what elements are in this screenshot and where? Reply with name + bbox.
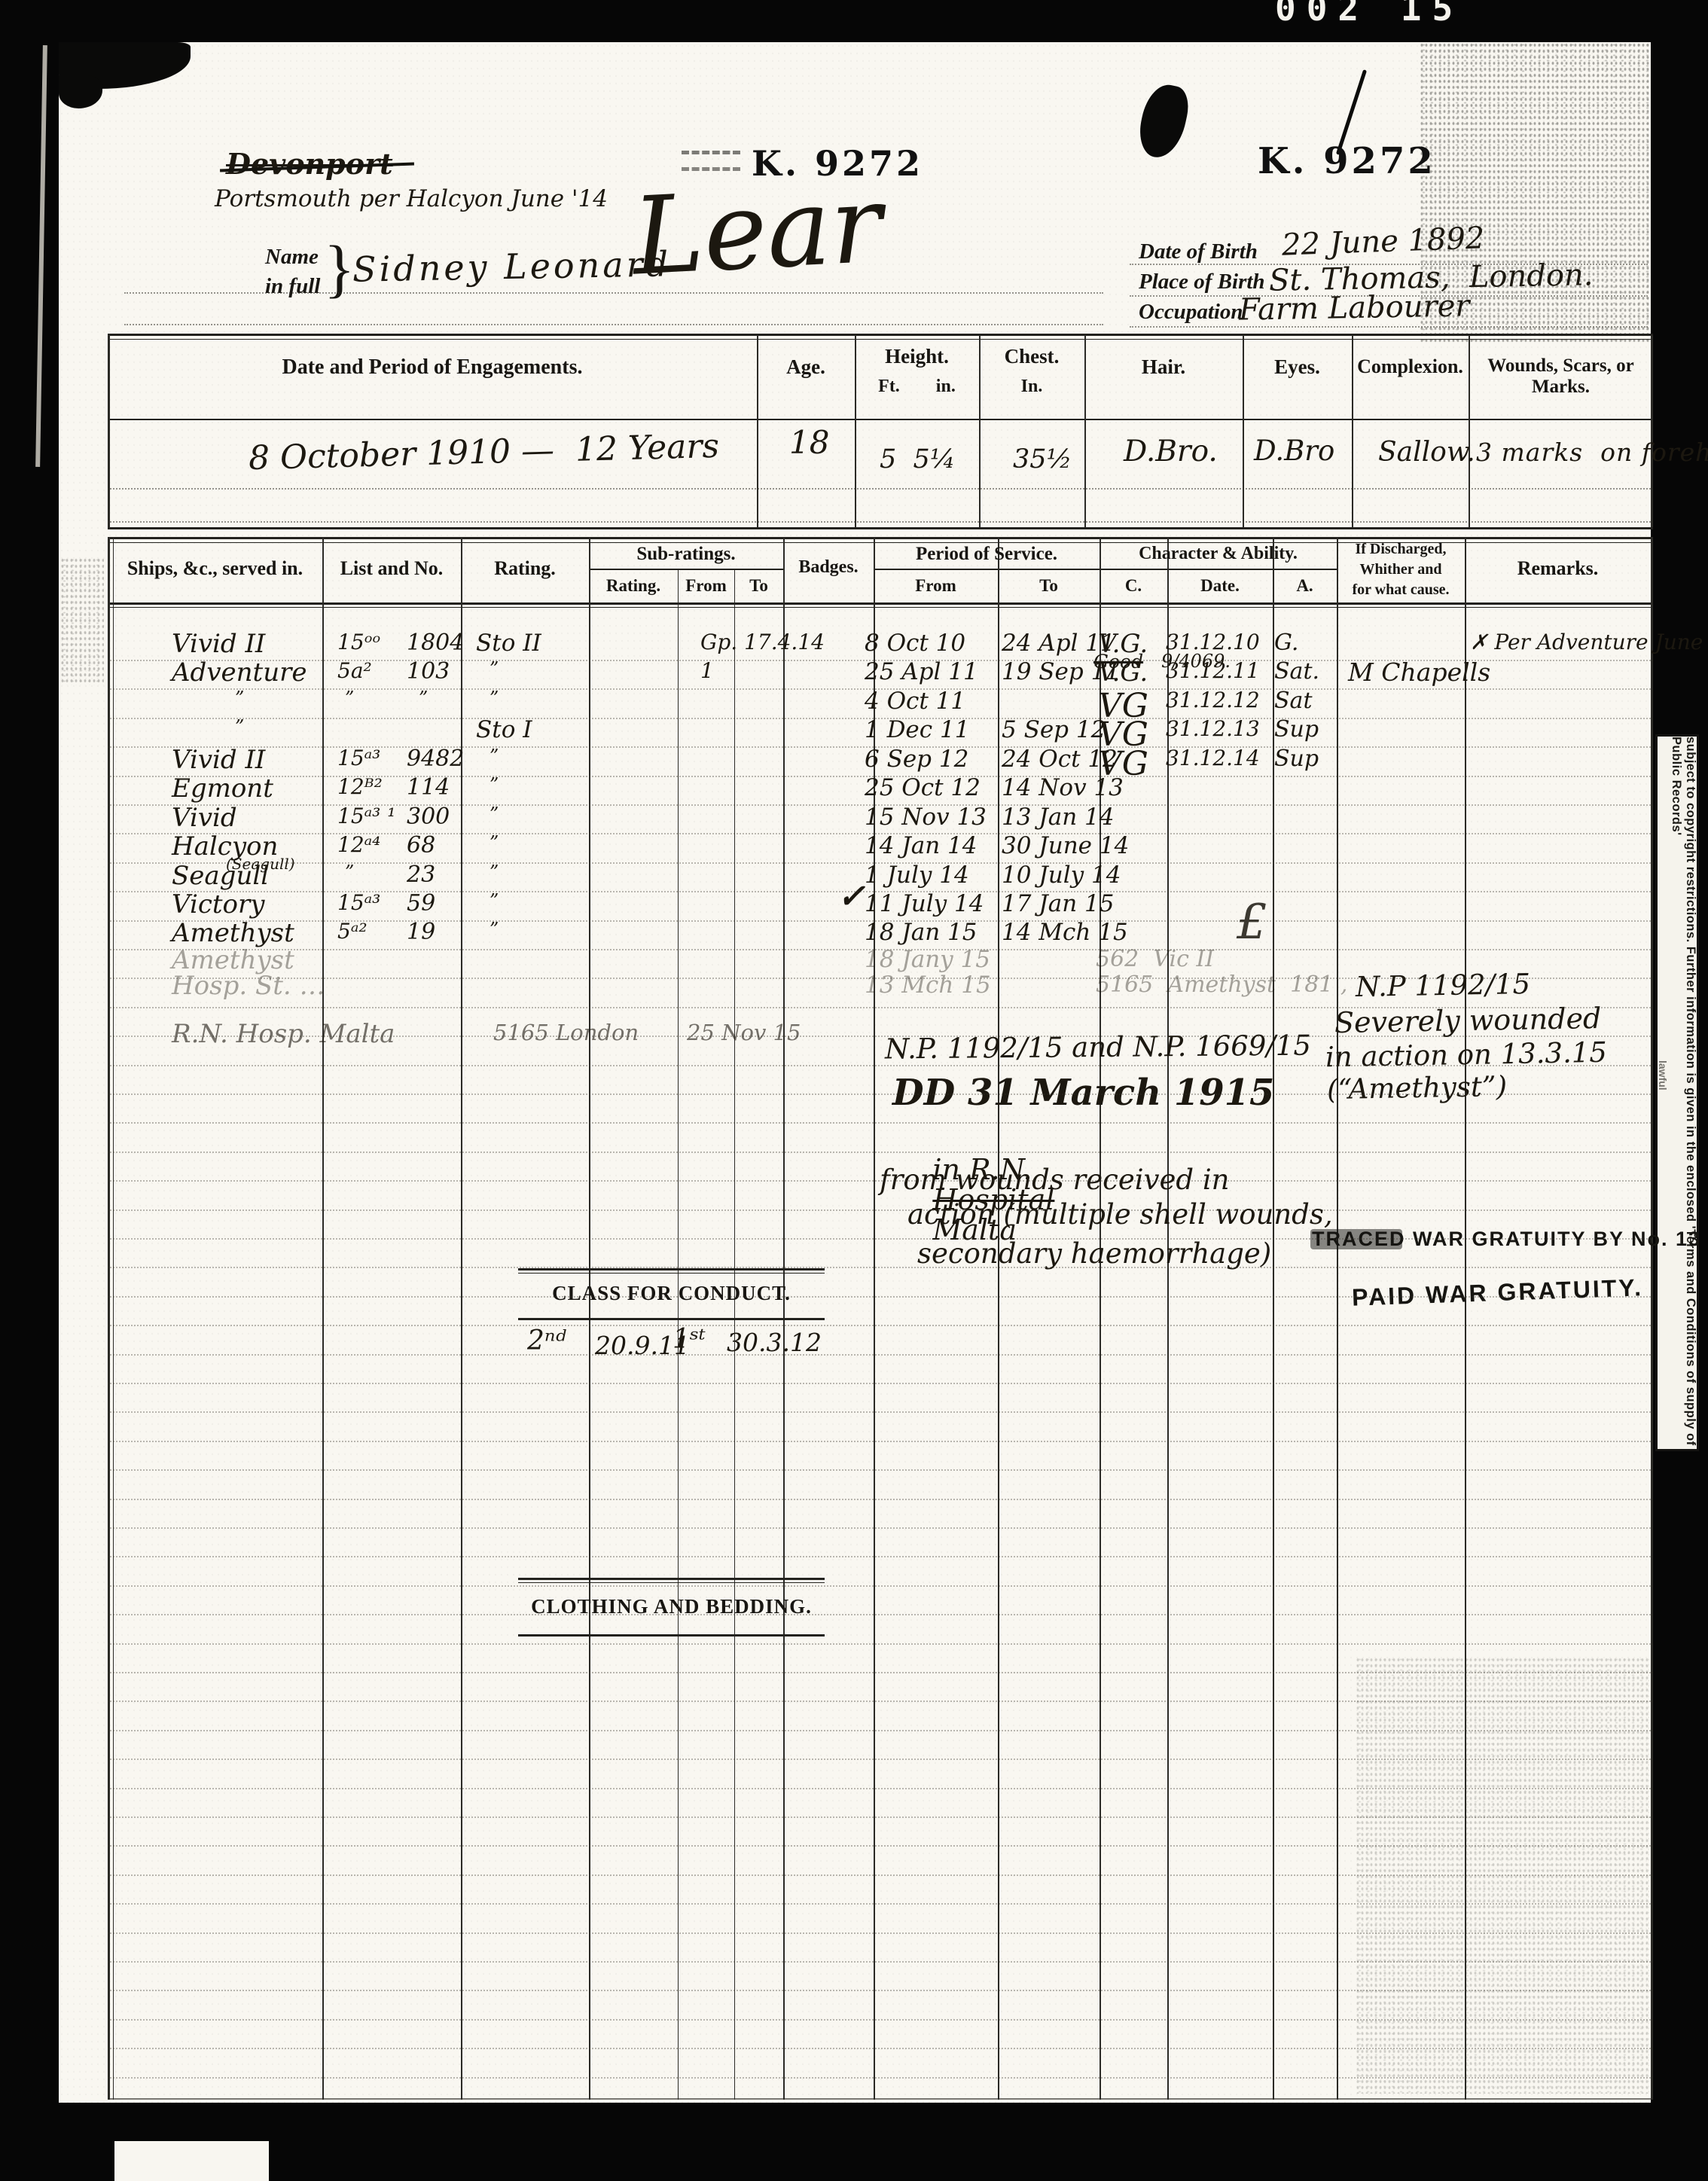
t1-dotrow-1 (108, 488, 1653, 490)
pob-rule (1130, 295, 1648, 297)
ledger-dotted-line (108, 2077, 1653, 2079)
clothing-box-top (518, 1578, 825, 1580)
col-rating: Rating. (461, 557, 589, 580)
conduct-box-top (518, 1268, 825, 1270)
service-to: 17 Jan 15 (1002, 892, 1114, 917)
ledger-dotted-line (108, 2019, 1653, 2021)
service-from: 11 July 14 (865, 892, 984, 917)
dob-value: 22 June 1892 (1281, 222, 1485, 261)
col-ships: Ships, &c., served in. (108, 557, 322, 580)
col-badges: Badges. (783, 557, 874, 578)
service-ship: ” (235, 718, 246, 737)
service-date: 31.12.11 (1166, 660, 1260, 682)
service-to: 10 July 14 (1002, 863, 1121, 888)
ledger-dotted-line (108, 1094, 1653, 1095)
service-no: 300 (407, 805, 450, 829)
t2-left2 (113, 537, 114, 2100)
t1-top (108, 334, 1653, 336)
ledger-dotted-line (108, 1643, 1653, 1645)
service-no: 114 (407, 776, 450, 800)
service-a: G. (1274, 631, 1298, 655)
col-a: A. (1273, 576, 1337, 596)
clothing-box-top2 (518, 1582, 825, 1583)
character-underline (1100, 569, 1337, 570)
service-rating: ” (490, 776, 500, 795)
ledger-dotted-line (108, 718, 1653, 719)
service-list: ” (345, 689, 355, 708)
ledger-dotted-line (108, 688, 1653, 690)
col-discharged: If Discharged, Whither and for what caus… (1337, 539, 1465, 600)
col-eyes: Eyes. (1243, 355, 1352, 379)
service-a: Sat (1274, 689, 1313, 713)
service-list: 12ᴮ² (337, 776, 383, 798)
t1-bottom (108, 527, 1653, 529)
service-from: 25 Apl 11 (865, 660, 978, 685)
ledger-dotted-line (108, 746, 1653, 748)
col-sub-from: From (678, 576, 734, 596)
subratings-underline (589, 569, 783, 570)
col-subratings: Sub-ratings. (589, 544, 783, 565)
ledger-dotted-line (108, 1296, 1653, 1298)
copyright-strip-text: subject to copyright restrictions. Furth… (1669, 737, 1697, 1449)
dob-label: Date of Birth (1139, 239, 1258, 264)
copyright-strip: lawful subject to copyright restrictions… (1655, 734, 1699, 1451)
ledger-dotted-line (108, 1556, 1653, 1557)
service-ship: Victory (172, 892, 264, 919)
col-character: Character & Ability. (1100, 544, 1337, 564)
ledger-dotted-line (108, 1441, 1653, 1442)
service-ship: Vivid (172, 805, 237, 832)
period-underline (874, 569, 1100, 570)
service-no: 23 (407, 863, 435, 887)
service-rating: ” (490, 747, 500, 766)
name-label-line2: in full (265, 272, 320, 301)
ledger-dotted-line (108, 1354, 1653, 1356)
ledger-dotted-line (108, 1122, 1653, 1124)
service-from: 1 July 14 (865, 863, 969, 888)
ledger-dotted-line (108, 1152, 1653, 1153)
service-rating: ” (490, 892, 500, 911)
service-from: 15 Nov 13 (865, 805, 987, 830)
service-discharged: M Chapells (1348, 660, 1490, 686)
remarks-wounded-2: in action on 13.3.15 (1325, 1039, 1607, 1072)
service-no: 59 (407, 892, 435, 916)
col-date: Date. (1167, 576, 1273, 596)
t2-v-remarks (1465, 537, 1466, 2100)
t2-v-periodto (998, 537, 999, 2100)
service-rating: ” (490, 689, 500, 708)
service-to: 30 June 14 (1002, 834, 1129, 859)
service-a: Sup (1274, 747, 1319, 771)
conduct-class-2: 1ˢᵗ (673, 1325, 706, 1354)
conduct-class-1: 2ⁿᵈ (527, 1327, 566, 1356)
service-a: Sup (1274, 718, 1319, 742)
service-date: 31.12.12 (1166, 689, 1260, 711)
forenames-value: Sidney Leonard (352, 246, 672, 288)
col-age: Age. (757, 355, 855, 379)
t2-v-date (1167, 537, 1169, 2100)
remarks-wounded-1: Severely wounded (1334, 1004, 1602, 1039)
service-from: 18 Jany 15 (865, 947, 990, 972)
service-from: 14 Jan 14 (865, 834, 977, 859)
service-list: 5ᵃ² (337, 920, 368, 942)
ledger-dotted-line (108, 1180, 1653, 1182)
age-value: 18 (789, 426, 829, 459)
col-chest-sub: In. (979, 377, 1084, 397)
ledger-dotted-line (108, 1411, 1653, 1413)
col-c: C. (1100, 576, 1167, 596)
remarks-np: N.P 1192/15 (1356, 970, 1531, 1002)
ledger-dotted-line (108, 1585, 1653, 1587)
service-list: 15ᵃ³ (337, 747, 380, 769)
ledger-dotted-line (108, 1701, 1653, 1702)
col-sub-to: To (734, 576, 783, 596)
service-from: 13 Mch 15 (865, 973, 991, 998)
ledger-dotted-line (108, 1730, 1653, 1731)
col-sub-rating: Rating. (589, 576, 678, 596)
ledger-dotted-line (108, 1007, 1653, 1008)
chest-value: 35½ (1013, 446, 1072, 474)
service-ship: Vivid II (172, 747, 265, 774)
hair-value: D.Bro. (1124, 437, 1218, 468)
col-height-sub: Ft. in. (855, 377, 979, 397)
ledger-dotted-line (108, 1874, 1653, 1876)
col-hair: Hair. (1084, 355, 1243, 379)
service-remarks: ✗ Per Adventure June 12. (1470, 631, 1708, 653)
pob-label: Place of Birth (1139, 270, 1265, 294)
col-period-from: From (874, 576, 998, 596)
ledger-dotted-line (108, 1903, 1653, 1905)
service-rating: Sto I (476, 718, 532, 743)
t2-v-ships (322, 537, 324, 2100)
conduct-title: CLASS FOR CONDUCT. (518, 1282, 825, 1305)
occupation-label: Occupation (1139, 300, 1243, 325)
height-value: 5 5¼ (880, 446, 956, 474)
row-checkmark: ✓ (837, 880, 865, 914)
service-list: 15ᵃ³ ¹ (337, 805, 396, 827)
col-wounds: Wounds, Scars, or Marks. (1469, 355, 1653, 398)
scan-noise-left-margin (60, 557, 104, 685)
conduct-box-bottom (518, 1318, 825, 1320)
service-list: 12ᵃ⁴ (337, 834, 380, 856)
service-subto: 25 Nov 15 (687, 1021, 801, 1044)
ledger-dotted-line (108, 1759, 1653, 1760)
service-to: 5 Sep 12 (1002, 718, 1106, 743)
ledger-dotted-line (108, 920, 1653, 922)
dob-rule (1130, 264, 1648, 265)
ledger-dotted-line (108, 1932, 1653, 1934)
t2-right (1651, 537, 1653, 2100)
t1-top2 (108, 339, 1653, 340)
ledger-dotted-line (108, 862, 1653, 864)
ledger-dotted-line (108, 1845, 1653, 1847)
name-rule-2 (124, 324, 1103, 325)
depot-line: Portsmouth per Halcyon June '14 (215, 187, 608, 212)
service-no: 68 (407, 834, 435, 858)
t2-v-discharged (1337, 537, 1338, 2100)
scanned-service-record: 002 15 lawful subject to copyright restr… (0, 0, 1708, 2181)
col-height: Height. (855, 345, 979, 368)
service-from: 4 Oct 11 (865, 689, 965, 714)
service-from: 1 Dec 11 (865, 718, 969, 743)
t1-dotrow-2 (108, 521, 1653, 523)
service-c: V.G. (1098, 660, 1148, 687)
service-ship: Seagull (172, 863, 269, 890)
conduct-date-2: 30.3.12 (727, 1330, 822, 1356)
ledger-dotted-line (108, 776, 1653, 777)
col-period-to: To (998, 576, 1100, 596)
ledger-dotted-line (108, 1383, 1653, 1384)
service-no: 19 (407, 920, 435, 944)
ledger-dotted-line (108, 978, 1653, 979)
occupation-rule (1130, 326, 1648, 328)
ledger-dotted-line (108, 1527, 1653, 1529)
service-no: 1804 (407, 631, 464, 655)
name-brace: } (324, 230, 355, 306)
service-to: 14 Nov 13 (1002, 776, 1124, 801)
corner-serial-number: 002 15 (1275, 0, 1463, 29)
service-note: 5165 Amethyst 181 , (1096, 973, 1347, 997)
ledger-dotted-line (108, 1816, 1653, 1818)
wounds-value: 3 marks on forehead. (1476, 440, 1708, 466)
t2-head-rule2 (108, 607, 1653, 608)
service-to: 13 Jan 14 (1002, 805, 1114, 830)
service-rating: ” (490, 863, 500, 882)
conduct-box-top2 (518, 1273, 825, 1274)
service-rating: ” (490, 660, 500, 679)
ledger-dotted-line (108, 833, 1653, 834)
ledger-dotted-line (108, 1209, 1653, 1211)
ledger-dotted-line (108, 1614, 1653, 1615)
service-rating: ” (490, 805, 500, 824)
service-date: 31.12.10 (1166, 631, 1260, 653)
ledger-dotted-line (108, 891, 1653, 892)
ledger-dotted-line (108, 2048, 1653, 2049)
service-ship: Adventure (172, 660, 307, 687)
service-list: ” (345, 863, 355, 882)
ledger-dotted-line (108, 1065, 1653, 1066)
service-from: 25 Oct 12 (865, 776, 981, 801)
ledger-dotted-line (108, 1499, 1653, 1500)
service-no: 103 (407, 660, 450, 684)
col-engagements: Date and Period of Engagements. (108, 355, 757, 380)
service-ship: Egmont (172, 776, 273, 803)
ledger-dotted-line (108, 1036, 1653, 1037)
service-rating: Sto II (476, 631, 541, 656)
t2-head-rule (108, 602, 1653, 605)
service-list: 15ᵒᵒ (337, 631, 380, 653)
service-to: 14 Mch 15 (1002, 920, 1128, 945)
service-date: 31.12.14 (1166, 747, 1260, 769)
dd-note-line4: action (multiple shell wounds, (907, 1200, 1333, 1230)
service-ship: Vivid II (172, 631, 265, 658)
service-from: 8 Oct 10 (865, 631, 965, 656)
eyes-value: D.Bro (1254, 437, 1334, 466)
ledger-dotted-line (108, 1325, 1653, 1326)
service-ship: Hosp. St. … (172, 973, 325, 1000)
service-from: 6 Sep 12 (865, 747, 968, 772)
service-ship: R.N. Hosp. Malta (172, 1021, 395, 1048)
service-ship: ” (235, 689, 246, 708)
ledger-dotted-line (108, 1238, 1653, 1240)
service-ship: Amethyst (172, 920, 294, 947)
service-list: 15ᵃ³ (337, 892, 380, 914)
ledger-dotted-line (108, 1961, 1653, 1963)
col-list-no: List and No. (322, 557, 461, 580)
col-period: Period of Service. (874, 544, 1100, 565)
ledger-dotted-line (108, 1788, 1653, 1789)
service-note: 562 Vic II (1096, 947, 1214, 972)
col-complexion: Complexion. (1352, 355, 1469, 378)
ledger-dotted-line (108, 804, 1653, 806)
name-rule-1 (124, 292, 1103, 294)
ledger-dotted-line (108, 660, 1653, 661)
ledger-dotted-line (108, 1469, 1653, 1471)
pound-flourish: £ (1237, 898, 1267, 948)
remarks-wounded-3: (“Amethyst”) (1327, 1072, 1508, 1105)
service-list: 5a² (337, 660, 372, 682)
erased-stamp-dashes (682, 151, 740, 154)
service-badges: 1 (700, 660, 714, 682)
number-stamp-right: K. 9272 (1258, 140, 1436, 182)
service-no: ” (419, 689, 429, 708)
t2-left (108, 537, 110, 2100)
service-from: 18 Jan 15 (865, 920, 977, 945)
service-a: Sat. (1274, 660, 1319, 684)
ledger-dotted-line (108, 1672, 1653, 1673)
service-no: 9482 (407, 747, 464, 771)
copyright-strip-fragment: lawful (1657, 1060, 1669, 1449)
service-badges: Gp. 17.4.14 (700, 631, 825, 653)
complexion-value: Sallow. (1378, 438, 1475, 467)
col-chest: Chest. (979, 345, 1084, 368)
bottom-left-white-box (114, 2141, 269, 2181)
dd-note-line5: secondary haemorrhage) (917, 1240, 1271, 1269)
clothing-box-bottom (518, 1634, 825, 1637)
service-rating: ” (490, 920, 500, 939)
ledger-dotted-line (108, 1267, 1653, 1268)
t1-head-rule (108, 419, 1653, 420)
surname-value: Lear (630, 168, 884, 293)
service-rating: ” (490, 834, 500, 853)
name-label-line1: Name (265, 243, 320, 272)
ledger-dotted-line (108, 949, 1653, 950)
service-date: 31.12.13 (1166, 718, 1260, 740)
ledger-dotted-line (108, 1990, 1653, 1991)
page-edge-sliver (35, 45, 47, 467)
t2-bottom (108, 2098, 1653, 2100)
service-subfrom: 5165 London (493, 1021, 639, 1044)
col-remarks: Remarks. (1465, 557, 1651, 580)
